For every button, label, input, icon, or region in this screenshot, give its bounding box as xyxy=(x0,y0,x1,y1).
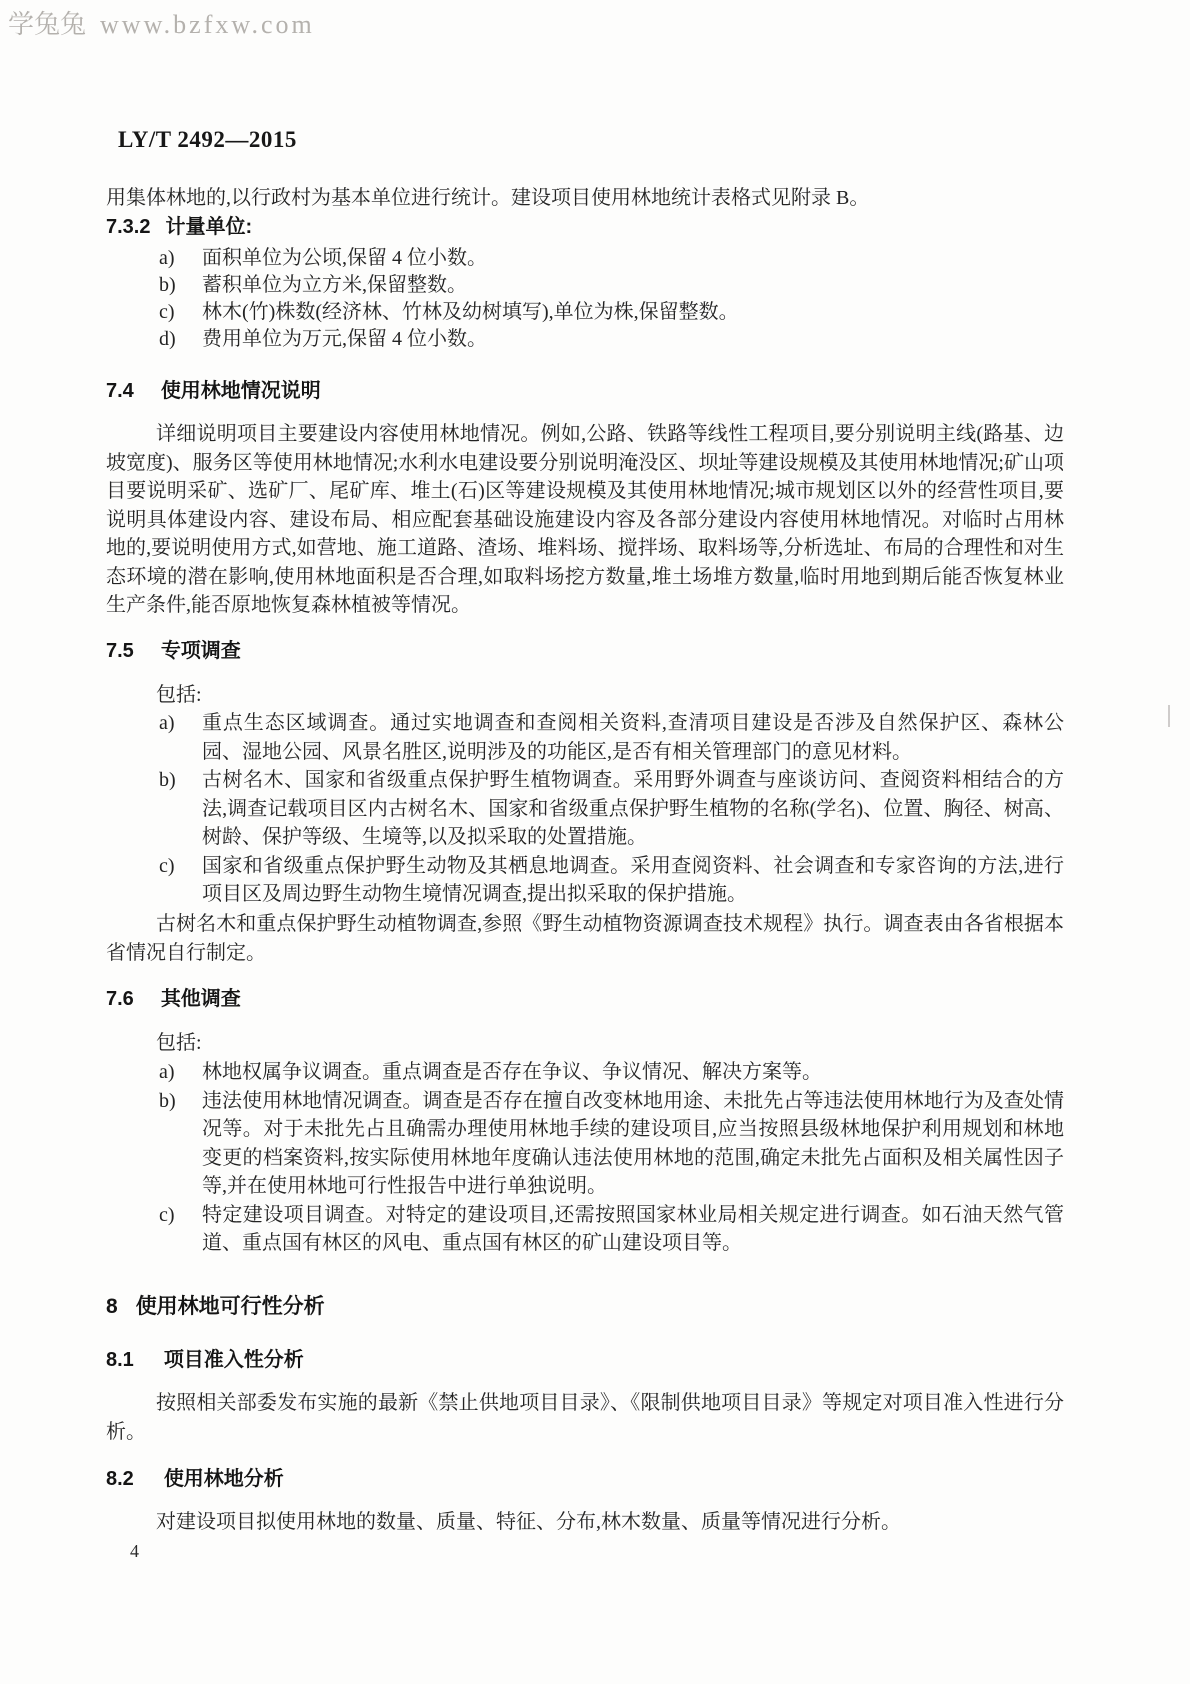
list-marker: a) xyxy=(159,709,175,738)
heading-title: 使用林地可行性分析 xyxy=(136,1295,325,1318)
heading-8-1: 8.1项目准入性分析 xyxy=(106,1343,1064,1372)
list-item-text: 费用单位为万元,保留 4 位小数。 xyxy=(202,326,1064,353)
list-item-text: 林木(竹)株数(经济林、竹林及幼树填写),单位为株,保留整数。 xyxy=(202,299,1064,326)
doc-number: LY/T 2492—2015 xyxy=(118,127,297,153)
paragraph-include-7-6: 包括: xyxy=(106,1029,1064,1058)
list-item: c) 特定建设项目调查。对特定的建设项目,还需按照国家林业局相关规定进行调查。如… xyxy=(106,1201,1064,1258)
heading-number: 8.2 xyxy=(106,1468,134,1490)
heading-title: 计量单位: xyxy=(165,216,252,238)
list-item: a) 林地权属争议调查。重点调查是否存在争议、争议情况、解决方案等。 xyxy=(106,1058,1064,1087)
page-number: 4 xyxy=(130,1541,139,1562)
heading-7-4: 7.4使用林地情况说明 xyxy=(106,374,1064,403)
heading-7-5: 7.5专项调查 xyxy=(106,634,1064,663)
list-7-6: a) 林地权属争议调查。重点调查是否存在争议、争议情况、解决方案等。 b) 违法… xyxy=(106,1058,1064,1258)
heading-7-6: 7.6其他调查 xyxy=(106,982,1064,1011)
list-item: c) 林木(竹)株数(经济林、竹林及幼树填写),单位为株,保留整数。 xyxy=(106,299,1064,326)
list-marker: c) xyxy=(159,299,175,326)
scan-artifact-line xyxy=(1168,705,1170,727)
paragraph-continuation: 用集体林地的,以行政村为基本单位进行统计。建设项目使用林地统计表格式见附录 B。 xyxy=(106,184,1064,213)
list-item: c) 国家和省级重点保护野生动物及其栖息地调查。采用查阅资料、社会调查和专家咨询… xyxy=(106,852,1064,909)
list-marker: c) xyxy=(159,852,175,881)
heading-title: 项目准入性分析 xyxy=(164,1349,304,1371)
heading-title: 使用林地情况说明 xyxy=(161,380,321,402)
list-marker: b) xyxy=(159,1087,176,1116)
list-item: d) 费用单位为万元,保留 4 位小数。 xyxy=(106,326,1064,353)
heading-number: 8.1 xyxy=(106,1349,134,1371)
watermark: 学兔兔www.bzfxw.com xyxy=(8,4,315,41)
list-item-text: 重点生态区域调查。通过实地调查和查阅相关资料,查清项目建设是否涉及自然保护区、森… xyxy=(202,709,1064,766)
heading-8-2: 8.2使用林地分析 xyxy=(106,1462,1064,1491)
list-marker: a) xyxy=(159,245,175,272)
document-page: 学兔兔www.bzfxw.com LY/T 2492—2015 用集体林地的,以… xyxy=(0,0,1190,1684)
list-item: a) 重点生态区域调查。通过实地调查和查阅相关资料,查清项目建设是否涉及自然保护… xyxy=(106,709,1064,766)
paragraph-8-2: 对建设项目拟使用林地的数量、质量、特征、分布,林木数量、质量等情况进行分析。 xyxy=(106,1508,1064,1537)
list-item-text: 国家和省级重点保护野生动物及其栖息地调查。采用查阅资料、社会调查和专家咨询的方法… xyxy=(202,852,1064,909)
list-item-text: 违法使用林地情况调查。调查是否存在擅自改变林地用途、未批先占等违法使用林地行为及… xyxy=(202,1087,1064,1201)
list-marker: b) xyxy=(159,766,176,795)
watermark-site-name: 学兔兔 xyxy=(8,10,86,39)
list-item: a) 面积单位为公顷,保留 4 位小数。 xyxy=(106,245,1064,272)
list-item-text: 林地权属争议调查。重点调查是否存在争议、争议情况、解决方案等。 xyxy=(202,1058,1064,1087)
list-item-text: 特定建设项目调查。对特定的建设项目,还需按照国家林业局相关规定进行调查。如石油天… xyxy=(202,1201,1064,1258)
heading-number: 8 xyxy=(106,1295,118,1318)
list-item: b) 蓄积单位为立方米,保留整数。 xyxy=(106,272,1064,299)
heading-title: 使用林地分析 xyxy=(164,1468,284,1490)
heading-number: 7.6 xyxy=(106,988,134,1010)
heading-7-3-2: 7.3.2计量单位: xyxy=(106,210,1064,239)
list-marker: c) xyxy=(159,1201,175,1230)
list-item-text: 面积单位为公顷,保留 4 位小数。 xyxy=(202,245,1064,272)
list-item: b) 古树名木、国家和省级重点保护野生植物调查。采用野外调查与座谈访问、查阅资料… xyxy=(106,766,1064,852)
paragraph-8-1: 按照相关部委发布实施的最新《禁止供地项目目录》、《限制供地项目目录》等规定对项目… xyxy=(106,1389,1064,1446)
list-item-text: 古树名木、国家和省级重点保护野生植物调查。采用野外调查与座谈访问、查阅资料相结合… xyxy=(202,766,1064,852)
paragraph-7-4: 详细说明项目主要建设内容使用林地情况。例如,公路、铁路等线性工程项目,要分别说明… xyxy=(106,420,1064,620)
list-7-3-2: a) 面积单位为公顷,保留 4 位小数。 b) 蓄积单位为立方米,保留整数。 c… xyxy=(106,245,1064,353)
heading-8: 8使用林地可行性分析 xyxy=(106,1290,1064,1320)
heading-number: 7.4 xyxy=(106,380,134,402)
list-item: b) 违法使用林地情况调查。调查是否存在擅自改变林地用途、未批先占等违法使用林地… xyxy=(106,1087,1064,1201)
heading-title: 专项调查 xyxy=(161,640,241,662)
paragraph-7-5-closing: 古树名木和重点保护野生动植物调查,参照《野生动植物资源调查技术规程》执行。调查表… xyxy=(106,910,1064,967)
watermark-url: www.bzfxw.com xyxy=(100,10,315,39)
heading-title: 其他调查 xyxy=(161,988,241,1010)
list-marker: b) xyxy=(159,272,176,299)
list-marker: a) xyxy=(159,1058,175,1087)
paragraph-include-7-5: 包括: xyxy=(106,681,1064,710)
heading-number: 7.3.2 xyxy=(106,216,150,238)
list-marker: d) xyxy=(159,326,176,353)
heading-number: 7.5 xyxy=(106,640,134,662)
list-7-5: a) 重点生态区域调查。通过实地调查和查阅相关资料,查清项目建设是否涉及自然保护… xyxy=(106,709,1064,909)
list-item-text: 蓄积单位为立方米,保留整数。 xyxy=(202,272,1064,299)
